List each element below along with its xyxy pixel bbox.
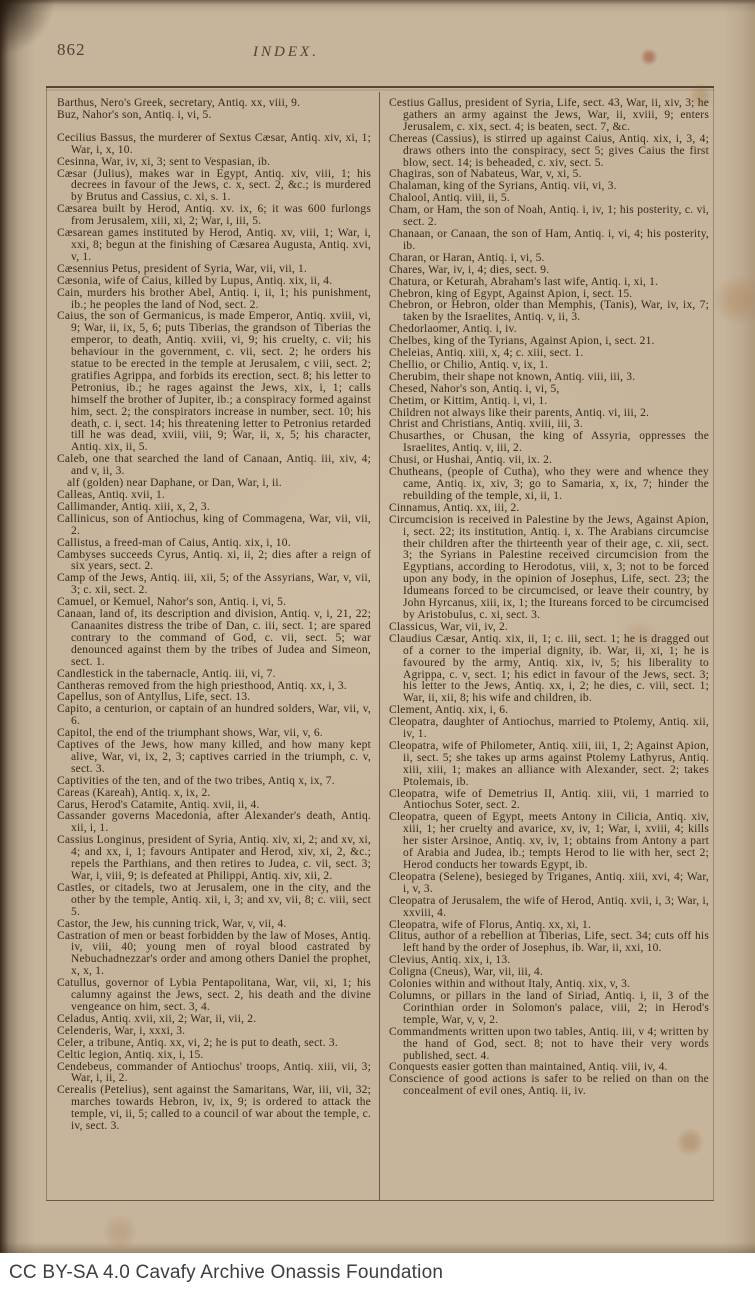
index-entry: Cleopatra, daughter of Antiochus, marrie… xyxy=(403,717,709,741)
book-page-scan: 862 INDEX. Barthus, Nero's Greek, secret… xyxy=(0,0,755,1253)
index-entry: Cecilius Bassus, the murderer of Sextus … xyxy=(71,133,371,157)
index-entry: Buz, Nahor's son, Antiq. i, vi, 5. xyxy=(71,110,371,122)
index-entry: Cæsennius Petus, president of Syria, War… xyxy=(71,264,371,276)
frame-line-right xyxy=(713,87,714,1200)
index-entry: Cæsarea built by Herod, Antiq. xv. ix, 6… xyxy=(71,204,371,228)
index-entry: Caleb, one that searched the land of Can… xyxy=(71,454,371,478)
index-entry: Celtic legion, Antiq. xix, i, 15. xyxy=(71,1050,371,1062)
index-entry: Cestius Gallus, president of Syria, Life… xyxy=(403,98,709,134)
index-entry: Cleopatra (Selene), besieged by Triganes… xyxy=(403,872,709,896)
index-entry: Camp of the Jews, Antiq. iii, xii, 5; of… xyxy=(71,573,371,597)
index-entry: Cleopatra of Jerusalem, the wife of Hero… xyxy=(403,896,709,920)
frame-line-left xyxy=(46,87,47,1200)
index-entry: Castration of men or beast forbidden by … xyxy=(71,931,371,979)
scanned-document: 862 INDEX. Barthus, Nero's Greek, secret… xyxy=(0,0,755,1292)
index-column-right: Cestius Gallus, president of Syria, Life… xyxy=(389,98,709,1198)
index-entry: Cain, murders his brother Abel, Antiq. i… xyxy=(71,288,371,312)
index-entry: Careas (Kareah), Antiq. x, ix, 2. xyxy=(71,788,371,800)
index-entry: Cæsarean games instituted by Herod, Anti… xyxy=(71,228,371,264)
index-entry: Conscience of good actions is safer to b… xyxy=(403,1074,709,1098)
index-entry: Castles, or citadels, two at Jerusalem, … xyxy=(71,883,371,919)
page-title: INDEX. xyxy=(200,44,372,61)
index-entry: Capito, a centurion, or captain of an hu… xyxy=(71,704,371,728)
index-entry: Celenderis, War, i, xxxi, 3. xyxy=(71,1026,371,1038)
index-entry: Cleopatra, queen of Egypt, meets Antony … xyxy=(403,812,709,872)
index-entry: Circumcision is received in Palestine by… xyxy=(403,515,709,622)
index-entry: Castor, the Jew, his cunning trick, War,… xyxy=(71,919,371,931)
index-entry: Canaan, land of, its description and div… xyxy=(71,609,371,669)
index-column-left: Barthus, Nero's Greek, secretary, Antiq.… xyxy=(57,98,371,1198)
index-entry: Celer, a tribune, Antiq. xx, vi, 2; he i… xyxy=(71,1038,371,1050)
index-entry: Cesinna, War, iv, xi, 3; sent to Vespasi… xyxy=(71,157,371,169)
index-entry: Cambyses succeeds Cyrus, Antiq. xi, ii, … xyxy=(71,550,371,574)
index-entry: Captives of the Jews, how many killed, a… xyxy=(71,740,371,776)
index-entry: Cherubim, their shape not known, Antiq. … xyxy=(403,372,709,384)
index-entry: Cassius Longinus, president of Syria, An… xyxy=(71,835,371,883)
license-caption-bar: CC BY-SA 4.0 Cavafy Archive Onassis Foun… xyxy=(0,1253,755,1292)
page-number: 862 xyxy=(57,40,86,60)
index-entry: Chutheans, (people of Cutha), who they w… xyxy=(403,467,709,503)
index-entry: Callinicus, son of Antiochus, king of Co… xyxy=(71,514,371,538)
index-entry: Chatura, or Keturah, Abraham's last wife… xyxy=(403,277,709,289)
index-entry: Callistus, a freed-man of Caius, Antiq. … xyxy=(71,538,371,550)
index-entry: Cleopatra, wife of Philometer, Antiq. xi… xyxy=(403,741,709,789)
index-entry: Catullus, governor of Lybia Pentapolitan… xyxy=(71,978,371,1014)
index-entry: Cæsar (Julius), makes war in Egypt, Anti… xyxy=(71,169,371,205)
index-entry: Celadus, Antiq. xvii, xii, 2; War, ii, v… xyxy=(71,1014,371,1026)
license-text: CC BY-SA 4.0 Cavafy Archive Onassis Foun… xyxy=(0,1262,443,1284)
index-entry: Cham, or Ham, the son of Noah, Antiq. i,… xyxy=(403,205,709,229)
index-entry: Chereas (Cassius), is stirred up against… xyxy=(403,134,709,170)
bottom-rule xyxy=(46,1200,714,1201)
index-entry: Chebron, or Hebron, older than Memphis, … xyxy=(403,300,709,324)
index-entry: Chares, War, iv, i, 4; dies, sect. 9. xyxy=(403,265,709,277)
index-entry: Clitus, author of a rebellion at Tiberia… xyxy=(403,931,709,955)
index-entry: Cendebeus, commander of Antiochus' troop… xyxy=(71,1062,371,1086)
index-entry: Cæsonia, wife of Caius, killed by Lupus,… xyxy=(71,276,371,288)
index-entry: Cinnamus, Antiq. xx, iii, 2. xyxy=(403,503,709,515)
index-entry: Candlestick in the tabernacle, Antiq. ii… xyxy=(71,669,371,681)
index-entry: Columns, or pillars in the land of Siria… xyxy=(403,991,709,1027)
index-entry: Chusarthes, or Chusan, the king of Assyr… xyxy=(403,431,709,455)
index-entry: Chanaan, or Canaan, the son of Ham, Anti… xyxy=(403,229,709,253)
index-entry: Chetim, or Kittim, Antiq. i, vi, 1. xyxy=(403,396,709,408)
index-entry: Cleopatra, wife of Demetrius II, Antiq. … xyxy=(403,789,709,813)
column-divider xyxy=(379,92,380,1200)
index-entry: Classicus, War, vii, iv, 2. xyxy=(403,622,709,634)
index-entry: Charan, or Haran, Antiq. i, vi, 5. xyxy=(403,253,709,265)
index-entry: Cerealis (Petelius), sent against the Sa… xyxy=(71,1085,371,1133)
index-entry: Captivities of the ten, and of the two t… xyxy=(71,776,371,788)
index-entry: Claudius Cæsar, Antiq. xix, ii, 1; c. ii… xyxy=(403,634,709,705)
index-entry: Cassander governs Macedonia, after Alexa… xyxy=(71,811,371,835)
index-entry: Chesed, Nahor's son, Antiq. i, vi, 5, xyxy=(403,384,709,396)
index-entry: Commandments written upon two tables, An… xyxy=(403,1027,709,1063)
index-entry: Caius, the son of Germanicus, is made Em… xyxy=(71,311,371,454)
header-rule xyxy=(46,86,714,88)
